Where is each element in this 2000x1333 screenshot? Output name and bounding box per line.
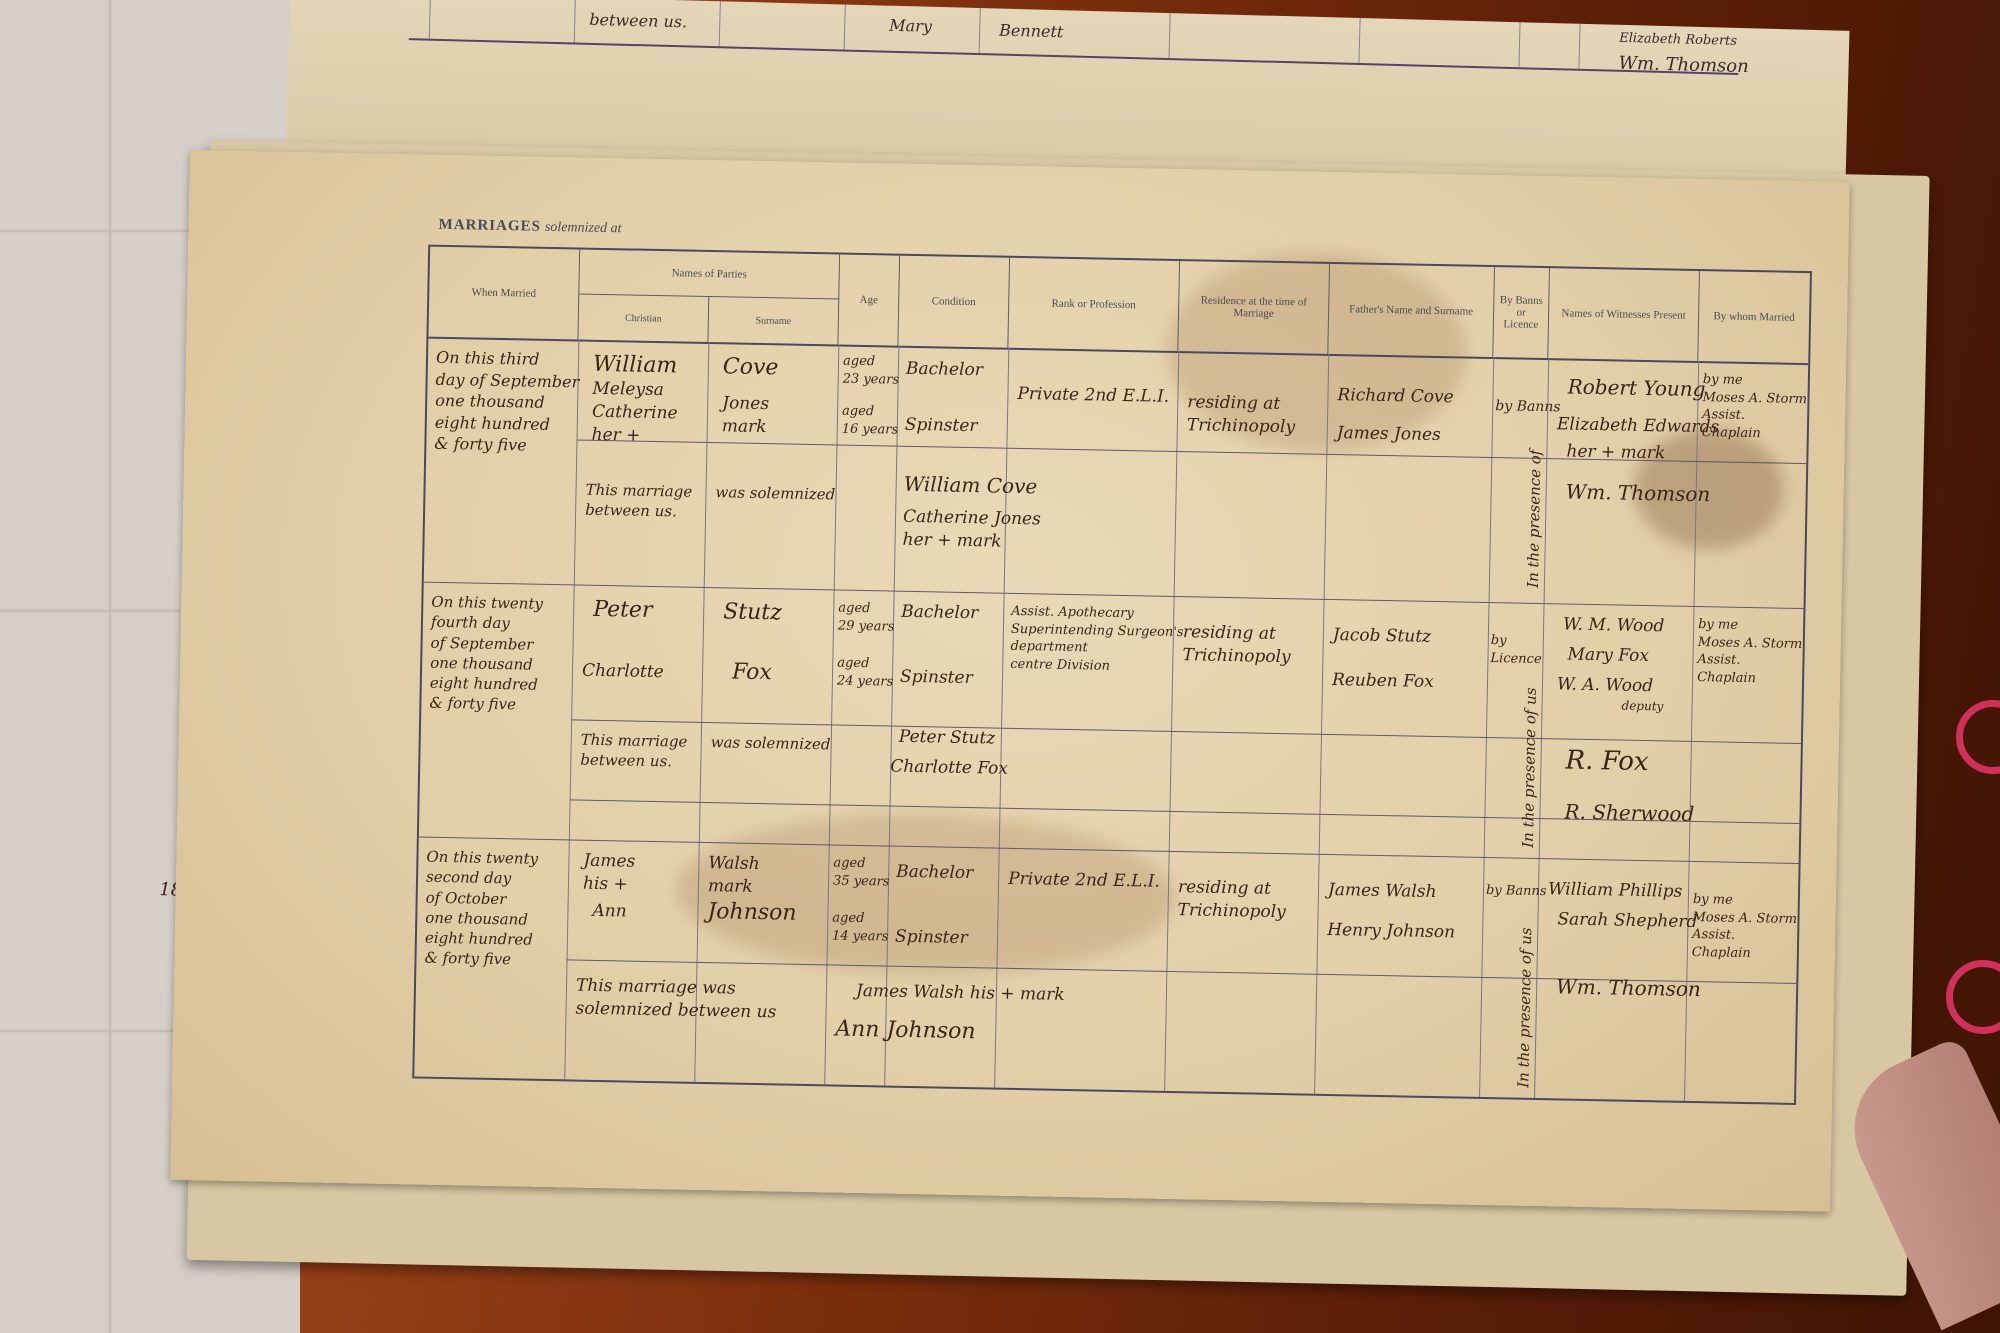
signed-bride: Ann Johnson: [835, 1015, 976, 1047]
witness-signature: Wm. Thomson: [1556, 973, 1701, 1003]
prev-surname: Bennett: [999, 21, 1064, 42]
married-by: by me Moses A. Storm Assist. Chaplain: [1692, 891, 1798, 963]
margin-note: In the presence of us: [1514, 927, 1535, 1088]
prev-solemnized-note: between us.: [589, 10, 687, 32]
banns-or-licence: by Banns: [1495, 397, 1561, 417]
col-rank-or-profession: Rank or Profession: [1008, 258, 1180, 351]
signed-bride: Catherine Jones her + mark: [902, 506, 1041, 555]
bride-age: aged 24 years: [837, 655, 894, 691]
register-table: When Married Names of Parties Christian …: [412, 245, 1812, 1105]
bride-surname: Johnson: [707, 897, 797, 928]
col-surname: Surname: [708, 297, 839, 344]
solemnized-note-cont: was solemnized: [711, 732, 831, 755]
banns-or-licence: by Licence: [1490, 632, 1542, 668]
prev-witness: Elizabeth Roberts: [1619, 31, 1737, 49]
solemnized-note-cont: was solemnized: [715, 482, 835, 505]
witness-signature: R. Fox: [1565, 744, 1649, 781]
col-condition: Condition: [898, 256, 1010, 348]
bride-condition: Spinster: [900, 666, 973, 690]
witness-name: W. M. Wood: [1563, 613, 1665, 638]
groom-father: Richard Cove: [1337, 384, 1454, 409]
groom-age: aged 35 years: [833, 854, 890, 890]
witness-name: William Phillips: [1548, 878, 1683, 904]
groom-age: aged 29 years: [838, 600, 895, 636]
margin-note: In the presence of us: [1519, 687, 1540, 848]
groom-father: James Walsh: [1328, 879, 1437, 904]
groom-christian-name: James his +: [583, 850, 636, 897]
groom-condition: Bachelor: [896, 861, 973, 885]
bride-condition: Spinster: [905, 414, 978, 438]
margin-note: In the presence of: [1524, 450, 1545, 589]
bride-father: Henry Johnson: [1327, 919, 1455, 944]
signed-bride: Charlotte Fox: [890, 756, 1008, 781]
witness-name: Robert Young: [1567, 373, 1705, 403]
residence: residing at Trichinopoly: [1187, 391, 1296, 439]
witness-role: deputy: [1621, 698, 1663, 715]
bride-father: Reuben Fox: [1332, 669, 1434, 694]
bride-surname: Jones mark: [722, 392, 770, 439]
when-married: On this twenty second day of October one…: [424, 847, 538, 971]
groom-christian-name: Peter: [593, 595, 653, 626]
bride-age: aged 16 years: [842, 403, 899, 439]
rank-or-profession: Private 2nd E.L.I.: [1008, 868, 1160, 894]
col-age: Age: [838, 254, 900, 345]
bride-surname: Fox: [732, 658, 772, 688]
witness-signature: R. Sherwood: [1564, 799, 1694, 828]
witness-mark: her + mark: [1566, 440, 1665, 465]
bride-christian-name: Charlotte: [582, 660, 664, 685]
bride-christian-name: Ann: [592, 900, 627, 924]
groom-condition: Bachelor: [901, 601, 978, 625]
groom-surname: Cove: [723, 352, 779, 383]
solemnized-note: This marriage between us.: [585, 480, 692, 523]
groom-condition: Bachelor: [906, 358, 983, 382]
signed-groom: Peter Stutz: [899, 726, 996, 751]
bride-father: James Jones: [1337, 422, 1441, 447]
married-by: by me Moses A. Storm Assist. Chaplain: [1702, 371, 1808, 443]
bride-christian-name: Meleysa Catherine her +: [591, 378, 678, 448]
col-when-married: When Married: [428, 247, 580, 340]
solemnized-note: This marriage was solemnized between us: [575, 975, 777, 1025]
groom-surname: Stutz: [723, 597, 782, 628]
col-names-of-parties: Names of Parties: [579, 250, 840, 300]
groom-surname: Walsh mark: [708, 852, 760, 899]
groom-age: aged 23 years: [843, 353, 900, 389]
when-married: On this third day of September one thous…: [434, 347, 580, 458]
col-christian: Christian: [578, 295, 709, 342]
solemnized-note: This marriage between us.: [580, 730, 687, 773]
residence: residing at Trichinopoly: [1177, 876, 1286, 924]
residence: residing at Trichinopoly: [1182, 621, 1291, 669]
married-by: by me Moses A. Storm Assist. Chaplain: [1697, 616, 1803, 688]
signed-groom: James Walsh his + mark: [856, 980, 1065, 1007]
rank-or-profession: Assist. Apothecary Superintending Surgeo…: [1010, 603, 1184, 676]
witness-name: Mary Fox: [1567, 644, 1649, 668]
banns-or-licence: by Banns: [1486, 882, 1547, 901]
witness-signature: Wm. Thomson: [1565, 478, 1710, 508]
witness-name: Sarah Shepherd: [1557, 908, 1697, 934]
when-married: On this twenty fourth day of September o…: [429, 592, 543, 716]
witness-name: Elizabeth Edwards: [1557, 413, 1720, 439]
rank-or-profession: Private 2nd E.L.I.: [1017, 383, 1169, 409]
register-title: MARRIAGESsolemnized at: [438, 217, 621, 238]
marriage-register-page: MARRIAGESsolemnized at When Married Name…: [170, 150, 1849, 1212]
witness-name: W. A. Wood: [1557, 673, 1654, 698]
col-residence: Residence at the time of Marriage: [1178, 261, 1330, 354]
prev-party-name: Mary: [889, 16, 932, 36]
groom-christian-name: William: [593, 350, 678, 381]
bride-age: aged 14 years: [832, 909, 889, 945]
col-banns-or-licence: By Banns or Licence: [1493, 267, 1550, 358]
groom-father: Jacob Stutz: [1333, 624, 1432, 649]
col-by-whom-married: By whom Married: [1698, 271, 1810, 363]
bride-condition: Spinster: [895, 926, 968, 950]
col-witnesses: Names of Witnesses Present: [1548, 268, 1700, 361]
prev-witness-signature: Wm. Thomson: [1618, 53, 1749, 77]
signed-groom: William Cove: [903, 471, 1037, 501]
page-bottom-rule: [409, 38, 1739, 75]
col-fathers-name: Father's Name and Surname: [1328, 264, 1495, 357]
